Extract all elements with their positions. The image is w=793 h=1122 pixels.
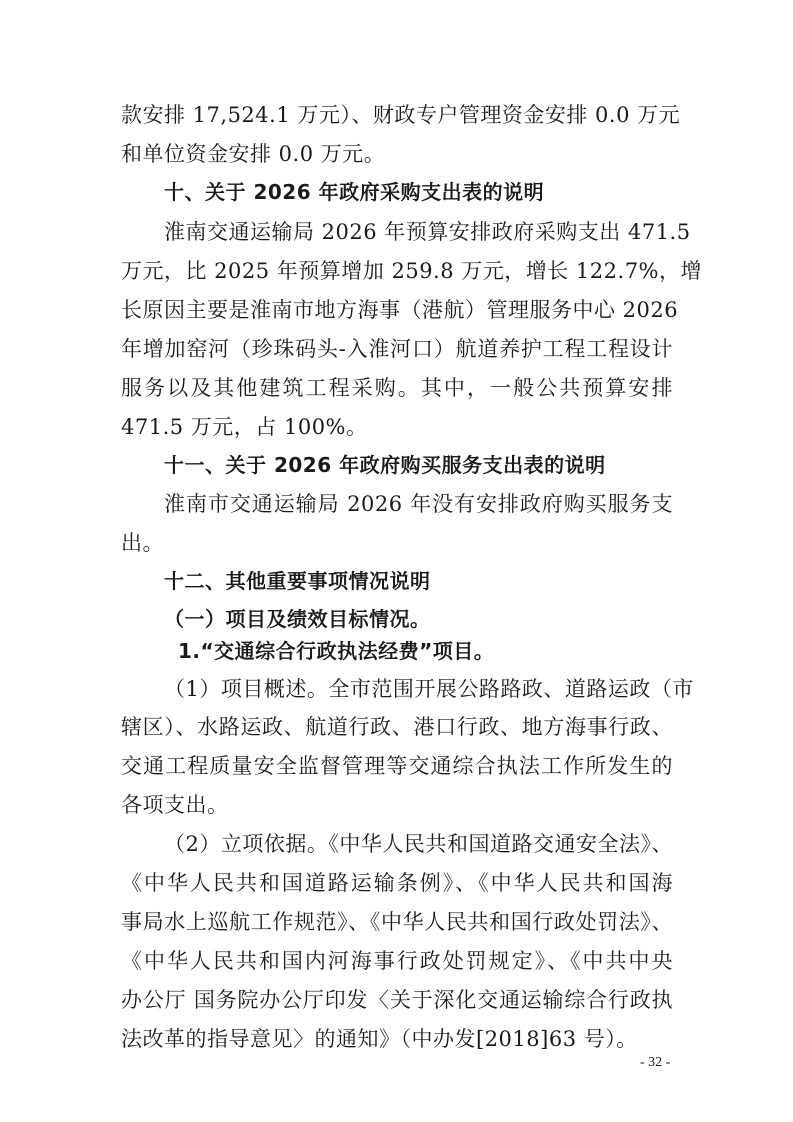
- body-text-line: 年增加窑河（珍珠码头-入淮河口）航道养护工程工程设计: [121, 335, 673, 363]
- body-text-line: 471.5 万元，占 100%。: [121, 413, 673, 441]
- body-text-line: 淮南交通运输局 2026 年预算安排政府采购支出 471.5: [164, 218, 673, 246]
- project-heading: 1.“交通综合行政执法经费”项目。: [178, 637, 673, 665]
- page-number: - 32 -: [640, 1055, 670, 1071]
- body-text-line: （1）项目概述。全市范围开展公路路政、道路运政（市: [164, 675, 673, 703]
- body-text-line: 款安排 17,524.1 万元）、财政专户管理资金安排 0.0 万元: [121, 101, 673, 129]
- body-text-line: 办公厅 国务院办公厅印发〈关于深化交通运输综合行政执: [121, 986, 673, 1014]
- body-text-line: 《中华人民共和国内河海事行政处罚规定》、《中共中央: [121, 947, 673, 975]
- body-text-line: 《中华人民共和国道路运输条例》、《中华人民共和国海: [121, 869, 673, 897]
- body-text-line: 服务以及其他建筑工程采购。其中，一般公共预算安排: [121, 374, 673, 402]
- section-heading-11: 十一、关于 2026 年政府购买服务支出表的说明: [164, 451, 673, 479]
- document-page: 款安排 17,524.1 万元）、财政专户管理资金安排 0.0 万元 和单位资金…: [0, 0, 793, 1122]
- body-text-line: 法改革的指导意见〉的通知》（中办发[2018]63 号）。: [121, 1025, 673, 1053]
- body-text-line: 各项支出。: [121, 791, 673, 819]
- body-text-line: 出。: [121, 529, 673, 557]
- body-text-line: 长原因主要是淮南市地方海事（港航）管理服务中心 2026: [121, 296, 673, 324]
- body-text-line: 辖区）、水路运政、航道行政、港口行政、地方海事行政、: [121, 713, 673, 741]
- body-text-line: （2）立项依据。《中华人民共和国道路交通安全法》、: [164, 830, 673, 858]
- section-heading-10: 十、关于 2026 年政府采购支出表的说明: [164, 178, 673, 206]
- body-text-line: 万元，比 2025 年预算增加 259.8 万元，增长 122.7%，增: [121, 257, 673, 285]
- subsection-heading: （一）项目及绩效目标情况。: [164, 605, 673, 633]
- body-text-line: 交通工程质量安全监督管理等交通综合执法工作所发生的: [121, 752, 673, 780]
- body-text-line: 事局水上巡航工作规范》、《中华人民共和国行政处罚法》、: [121, 908, 673, 936]
- body-text-line: 和单位资金安排 0.0 万元。: [121, 140, 673, 168]
- section-heading-12: 十二、其他重要事项情况说明: [164, 567, 673, 595]
- body-text-line: 淮南市交通运输局 2026 年没有安排政府购买服务支: [164, 490, 673, 518]
